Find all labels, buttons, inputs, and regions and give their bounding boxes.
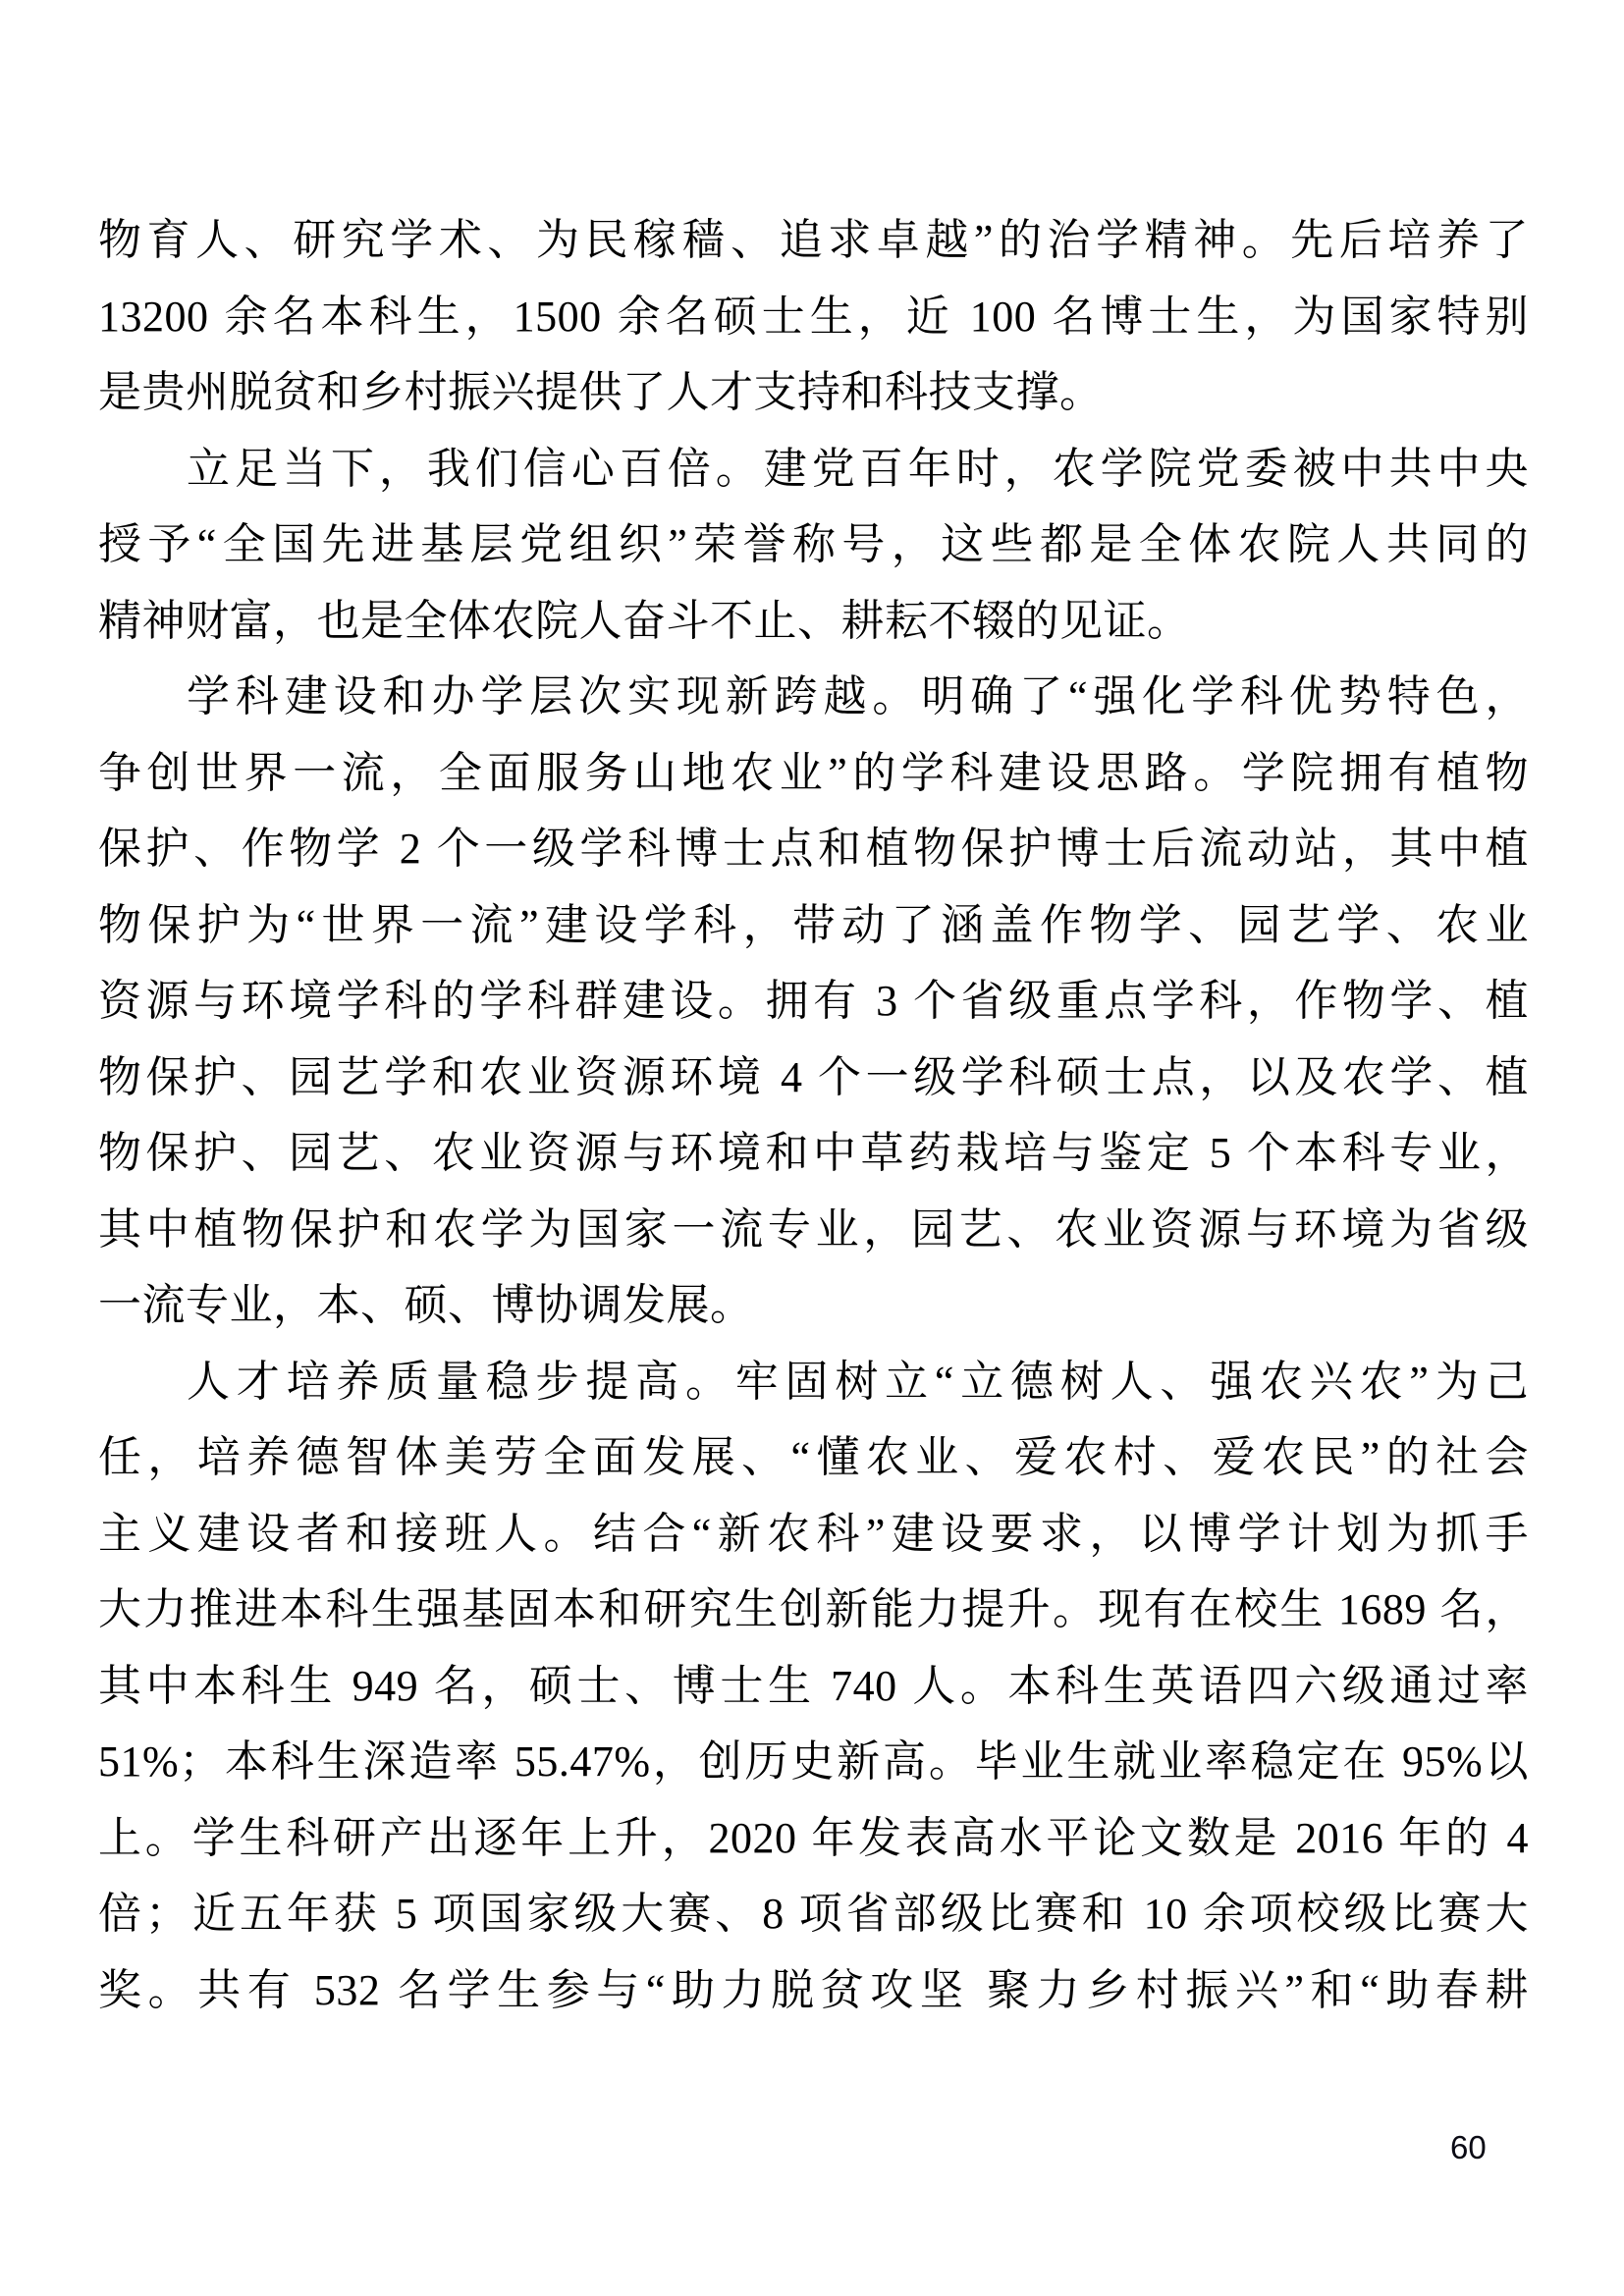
text-line: 主义建设者和接班人。结合“新农科”建设要求，以博学计划为抓手: [98, 1496, 1529, 1573]
text-line: 授予“全国先进基层党组织”荣誉称号，这些都是全体农院人共同的: [98, 507, 1529, 583]
document-page: 物育人、研究学术、为民稼穑、追求卓越”的治学精神。先后培养了 13200 余名本…: [0, 0, 1624, 2296]
text-line: 保护、作物学 2 个一级学科博士点和植物保护博士后流动站，其中植: [98, 811, 1529, 887]
text-line: 任，培养德智体美劳全面发展、“懂农业、爱农村、爱农民”的社会: [98, 1419, 1529, 1496]
text-line: 51%；本科生深造率 55.47%，创历史新高。毕业生就业率稳定在 95%以: [98, 1724, 1529, 1800]
text-line: 人才培养质量稳步提高。牢固树立“立德树人、强农兴农”为己: [98, 1344, 1529, 1420]
text-line: 物保护、园艺、农业资源与环境和中草药栽培与鉴定 5 个本科专业，: [98, 1115, 1529, 1192]
text-line: 争创世界一流，全面服务山地农业”的学科建设思路。学院拥有植物: [98, 735, 1529, 812]
text-line: 13200 余名本科生，1500 余名硕士生，近 100 名博士生，为国家特别: [98, 279, 1529, 355]
text-line: 奖。共有 532 名学生参与“助力脱贫攻坚 聚力乡村振兴”和“助春耕: [98, 1952, 1529, 2029]
text-line: 一流专业，本、硕、博协调发展。: [98, 1267, 1529, 1344]
text-line: 上。学生科研产出逐年上升，2020 年发表高水平论文数是 2016 年的 4: [98, 1800, 1529, 1877]
text-line: 立足当下，我们信心百倍。建党百年时，农学院党委被中共中央: [98, 431, 1529, 507]
text-line: 其中本科生 949 名，硕士、博士生 740 人。本科生英语四六级通过率: [98, 1648, 1529, 1725]
text-line: 物保护、园艺学和农业资源环境 4 个一级学科硕士点，以及农学、植: [98, 1040, 1529, 1116]
text-line: 精神财富，也是全体农院人奋斗不止、耕耘不辍的见证。: [98, 583, 1529, 660]
text-line: 大力推进本科生强基固本和研究生创新能力提升。现有在校生 1689 名，: [98, 1572, 1529, 1648]
text-line: 是贵州脱贫和乡村振兴提供了人才支持和科技支撑。: [98, 354, 1529, 431]
text-line: 其中植物保护和农学为国家一流专业，园艺、农业资源与环境为省级: [98, 1192, 1529, 1268]
text-line: 物育人、研究学术、为民稼穑、追求卓越”的治学精神。先后培养了: [98, 202, 1529, 279]
text-line: 学科建设和办学层次实现新跨越。明确了“强化学科优势特色，: [98, 659, 1529, 735]
text-line: 资源与环境学科的学科群建设。拥有 3 个省级重点学科，作物学、植: [98, 963, 1529, 1040]
text-line: 物保护为“世界一流”建设学科，带动了涵盖作物学、园艺学、农业: [98, 887, 1529, 964]
text-line: 倍；近五年获 5 项国家级大赛、8 项省部级比赛和 10 余项校级比赛大: [98, 1876, 1529, 1952]
document-text-block: 物育人、研究学术、为民稼穑、追求卓越”的治学精神。先后培养了 13200 余名本…: [98, 202, 1529, 2028]
page-number: 60: [1450, 2128, 1487, 2167]
